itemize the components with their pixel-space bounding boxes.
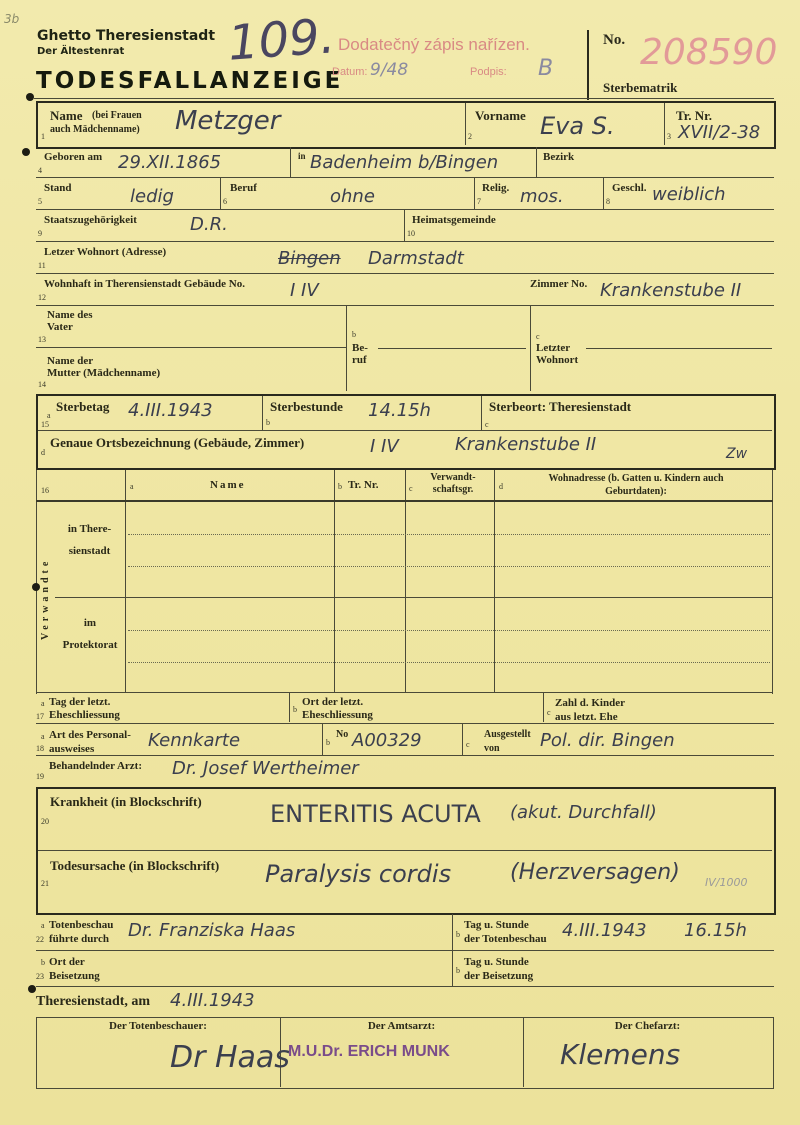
field-number: 18: [36, 744, 44, 753]
label-2: der Totenbeschau: [464, 932, 547, 946]
label-1: Ort der letzt.: [302, 696, 373, 709]
label-1: Art des Personal-: [49, 728, 131, 742]
label-2: von: [484, 742, 531, 756]
mutter-label-2: Mutter (Mädchenname): [47, 367, 160, 379]
field-number: 17: [36, 712, 44, 721]
label-1: Tag u. Stunde: [464, 918, 547, 932]
arzt-label: Behandelnder Arzt:: [49, 760, 142, 772]
parent-beruf-label-1: Be-: [352, 342, 368, 354]
row-rule: [36, 986, 774, 987]
form-title: TODESFALLANZEIGE: [36, 68, 343, 94]
ortsbezeichnung-initials: Zw: [726, 446, 747, 462]
row-rule: [36, 347, 346, 348]
stamp-datum-label: Datum:: [332, 66, 367, 78]
field-sub: b: [456, 930, 460, 939]
field-sub: a: [41, 732, 45, 741]
todesursache-value[interactable]: Paralysis cordis: [265, 860, 451, 888]
sig-amtsarzt-stamp: M.U.Dr. ERICH MUNK: [288, 1043, 450, 1061]
label-1: Tag der letzt.: [49, 696, 120, 709]
sig-totenbeschauer-value: Dr Haas: [170, 1040, 290, 1075]
corner-mark: 3b: [4, 12, 19, 26]
marriage-children-label: Zahl d. Kinder aus letzt. Ehe: [555, 696, 625, 724]
field-sub: b: [352, 330, 356, 339]
name-value[interactable]: Metzger: [175, 106, 280, 136]
field-sub: a: [41, 921, 45, 930]
field-sub: b: [326, 738, 330, 747]
bezirk-label: Bezirk: [543, 151, 574, 163]
totenbeschau-time-label: Tag u. Stunde der Totenbeschau: [464, 918, 547, 946]
entry-line[interactable]: [128, 534, 770, 535]
geschl-label: Geschl.: [612, 182, 647, 194]
field-number: 21: [41, 879, 49, 888]
sig-chefarzt-value: Klemens: [560, 1038, 680, 1071]
divider: [603, 177, 604, 209]
tr-nr-value[interactable]: XVII/2-38: [678, 122, 760, 143]
field-sub: b: [456, 966, 460, 975]
label-2: Eheschliessung: [302, 709, 373, 722]
field-sub: c: [409, 484, 413, 493]
field-sub: a: [130, 482, 134, 491]
divider: [125, 470, 126, 500]
header-rule: [34, 98, 774, 99]
label-2: ausweises: [49, 742, 131, 756]
gebaeude-value[interactable]: I IV: [290, 280, 319, 301]
zimmer-value[interactable]: Krankenstube II: [600, 280, 741, 301]
row-rule: [36, 305, 774, 306]
row-rule: [36, 241, 774, 242]
col-verwandt-header: Verwandt-schaftsgr.: [418, 472, 488, 496]
divider: [404, 209, 405, 241]
divider: [494, 470, 495, 692]
label-2: führte durch: [49, 932, 113, 946]
row-rule: [36, 177, 774, 178]
ortsbezeichnung-label: Genaue Ortsbezeichnung (Gebäude, Zimmer): [50, 435, 304, 451]
divider: [530, 305, 531, 391]
beisetzung-time-label: Tag u. Stunde der Beisetzung: [464, 955, 533, 983]
vorname-label: Vorname: [475, 108, 526, 124]
divider: [346, 305, 347, 391]
field-number: 2: [468, 132, 472, 141]
no-label: No.: [603, 32, 625, 49]
stamp-dodatecny: Dodatečný zápis nařízen.: [338, 35, 530, 55]
binder-hole-icon: [32, 583, 40, 591]
zimmer-label: Zimmer No.: [530, 278, 587, 290]
totenbeschau-date[interactable]: 4.III.1943: [562, 920, 647, 941]
sterbestunde-value[interactable]: 14.15h: [368, 400, 431, 421]
field-number: 19: [36, 772, 44, 781]
register-label: Sterbematrik: [603, 80, 677, 96]
name-row: [36, 101, 776, 149]
ausweis-type-value[interactable]: Kennkarte: [148, 730, 240, 751]
field-number: 8: [606, 197, 610, 206]
vater-label-2: Vater: [47, 321, 93, 333]
col-wohnadresse-header: Wohnadresse (b. Gatten u. Kindern auch G…: [536, 472, 736, 498]
divider: [322, 723, 323, 755]
divider: [465, 103, 466, 145]
stamp-podpis-label: Podpis:: [470, 66, 507, 78]
label-2: Beisetzung: [49, 969, 100, 983]
geboren-label: Geboren am: [44, 151, 102, 163]
name-label: Name: [50, 108, 83, 124]
field-sub: d: [499, 482, 503, 491]
label-2: aus letzt. Ehe: [555, 710, 625, 724]
field-number: 4: [38, 166, 42, 175]
relig-value[interactable]: mos.: [520, 186, 564, 207]
vater-label-1: Name des: [47, 309, 93, 321]
field-sub: b: [266, 418, 270, 427]
ausweis-type-label: Art des Personal- ausweises: [49, 728, 131, 756]
label-1: Zahl d. Kinder: [555, 696, 625, 710]
in-label: in: [298, 151, 306, 161]
divider: [543, 692, 544, 722]
totenbeschau-time[interactable]: 16.15h: [684, 920, 747, 941]
entry-line[interactable]: [128, 630, 770, 631]
field-sub: a: [41, 699, 45, 708]
field-sub: a: [47, 411, 51, 420]
marriage-place-label: Ort der letzt. Eheschliessung: [302, 696, 373, 722]
stamp-podpis-value: B: [538, 56, 553, 81]
group-label-1: in There-: [62, 518, 117, 540]
field-number: 7: [477, 197, 481, 206]
sterbetag-label: Sterbetag: [56, 399, 109, 415]
field-number: 5: [38, 197, 42, 206]
staat-label: Staatszugehörigkeit: [44, 214, 137, 226]
parent-wohnort-label: Letzter Wohnort: [536, 342, 578, 366]
sig-totenbeschauer-label: Der Totenbeschauer:: [36, 1020, 280, 1032]
place-date-label: Theresienstadt, am: [36, 994, 150, 1010]
stand-value[interactable]: ledig: [130, 186, 174, 207]
place-date-value[interactable]: 4.III.1943: [170, 990, 255, 1011]
totenbeschau-value[interactable]: Dr. Franziska Haas: [128, 920, 295, 941]
divider: [262, 396, 263, 430]
form-number-handwritten: 109.: [226, 8, 337, 71]
binder-hole-icon: [28, 985, 36, 993]
verwandte-vertical-label: Verwandte: [40, 558, 51, 640]
field-sub: b: [338, 482, 342, 491]
binder-hole-icon: [22, 148, 30, 156]
field-number: 15: [41, 420, 49, 429]
divider: [536, 147, 537, 177]
col-trnr-header: Tr. Nr.: [348, 479, 378, 491]
header-divider: [587, 30, 589, 100]
todesursache-value-2[interactable]: (Herzversagen): [510, 860, 680, 885]
field-number: 1: [41, 132, 45, 141]
field-number: 14: [38, 380, 46, 389]
wohnort-value[interactable]: Darmstadt: [368, 248, 464, 269]
group-label-2: Protektorat: [58, 634, 122, 656]
col-name-header: Name: [210, 479, 246, 491]
field-sub: b: [293, 705, 297, 714]
staat-value[interactable]: D.R.: [190, 214, 228, 235]
row-rule: [36, 755, 774, 756]
totenbeschau-label: Totenbeschau führte durch: [49, 918, 113, 946]
relig-label: Relig.: [482, 182, 509, 194]
label-2: Eheschliessung: [49, 709, 120, 722]
entry-line[interactable]: [128, 662, 770, 663]
row-rule: [36, 723, 774, 724]
vater-label: Name des Vater: [47, 309, 93, 333]
sterbestunde-label: Sterbestunde: [270, 399, 343, 415]
sig-chefarzt-label: Der Chefarzt:: [523, 1020, 772, 1032]
name-label-small: (bei Frauen: [92, 110, 142, 121]
field-number: 13: [38, 335, 46, 344]
label-1: Tag u. Stunde: [464, 955, 533, 969]
org-name: Ghetto Theresienstadt: [37, 28, 215, 44]
field-sub: d: [41, 448, 45, 457]
parent-beruf-label-2: ruf: [352, 354, 368, 366]
parent-wohnort-label-2: Wohnort: [536, 354, 578, 366]
divider: [334, 470, 335, 692]
label-1: Ausgestellt: [484, 728, 531, 742]
field-number: 10: [407, 229, 415, 238]
row-rule: [38, 430, 772, 431]
stand-label: Stand: [44, 182, 72, 194]
mutter-label: Name der Mutter (Mädchenname): [47, 355, 160, 379]
field-number: 20: [41, 817, 49, 826]
divider: [481, 396, 482, 430]
wohnort-label: Letzer Wohnort (Adresse): [44, 246, 166, 258]
table-left-border: [36, 470, 37, 694]
field-sub: c: [485, 420, 489, 429]
krankheit-label: Krankheit (in Blockschrift): [50, 794, 202, 810]
table-header-rule: [36, 500, 773, 502]
field-sub: c: [466, 740, 470, 749]
table-right-border: [772, 470, 773, 694]
field-number: 23: [36, 972, 44, 981]
field-number: 12: [38, 293, 46, 302]
sterbetag-value[interactable]: 4.III.1943: [128, 400, 213, 421]
todesursache-label: Todesursache (in Blockschrift): [50, 858, 219, 874]
field-sub: b: [41, 958, 45, 967]
field-number: 3: [667, 132, 671, 141]
group-protektorat-label: im Protektorat: [58, 612, 122, 656]
group-rule: [55, 597, 773, 598]
todesursache-mark: IV/1000: [705, 876, 747, 889]
heimat-label: Heimatsgemeinde: [412, 214, 496, 226]
field-number: 6: [223, 197, 227, 206]
arzt-value[interactable]: Dr. Josef Wertheimer: [172, 758, 359, 779]
wohnort-value-struck[interactable]: Bingen: [278, 248, 341, 269]
binder-hole-icon: [26, 93, 34, 101]
divider: [220, 177, 221, 209]
row-rule: [36, 950, 774, 951]
krankheit-value[interactable]: ENTERITIS ACUTA: [270, 800, 481, 828]
ausweis-issuer-label: Ausgestellt von: [484, 728, 531, 756]
parent-wohnort-label-1: Letzter: [536, 342, 578, 354]
beruf-label: Beruf: [230, 182, 257, 194]
ortsbezeichnung-room[interactable]: Krankenstube II: [455, 434, 596, 455]
divider: [290, 147, 291, 177]
krankheit-value-2[interactable]: (akut. Durchfall): [510, 802, 657, 823]
label-1: Totenbeschau: [49, 918, 113, 932]
council-name: Der Ältestenrat: [37, 46, 124, 57]
marriage-date-label: Tag der letzt. Eheschliessung: [49, 696, 120, 722]
stamp-datum-value: 9/48: [370, 60, 408, 80]
in-value[interactable]: Badenheim b/Bingen: [310, 152, 498, 173]
name-label-small2: auch Mädchenname): [50, 124, 140, 135]
group-theresienstadt-label: in There- sienstadt: [62, 518, 117, 562]
field-number: 11: [38, 261, 46, 270]
divider: [405, 470, 406, 692]
field-sub: c: [536, 332, 540, 341]
sterbeort-label: Sterbeort: Theresienstadt: [489, 399, 631, 415]
divider: [664, 103, 665, 145]
dash-line: [586, 348, 772, 349]
label-2: der Beisetzung: [464, 969, 533, 983]
mutter-label-1: Name der: [47, 355, 160, 367]
entry-line[interactable]: [128, 566, 770, 567]
ortsbezeichnung-building[interactable]: I IV: [370, 436, 399, 457]
field-number: 9: [38, 229, 42, 238]
row-rule: [36, 273, 774, 274]
row-rule: [36, 692, 773, 693]
sig-amtsarzt-label: Der Amtsarzt:: [280, 1020, 523, 1032]
ausweis-no-label: No: [336, 729, 348, 740]
parent-beruf-label: Be- ruf: [352, 342, 368, 366]
group-label-1: im: [58, 612, 122, 634]
dash-line: [378, 348, 526, 349]
row-rule: [36, 209, 774, 210]
row-rule: [38, 850, 772, 851]
divider: [462, 723, 463, 755]
ausweis-issuer-value[interactable]: Pol. dir. Bingen: [540, 730, 675, 751]
label-1: Ort der: [49, 955, 100, 969]
beruf-value[interactable]: ohne: [330, 186, 375, 207]
divider: [289, 692, 290, 722]
ausweis-no-value[interactable]: A00329: [352, 730, 422, 751]
gebaeude-label: Wohnhaft in Therensienstadt Gebäude No.: [44, 278, 245, 290]
death-certificate-form: 3b Ghetto Theresienstadt Der Ältestenrat…: [0, 0, 800, 1125]
field-sub: c: [547, 708, 551, 717]
vorname-value[interactable]: Eva S.: [540, 112, 615, 140]
field-number: 16: [41, 486, 49, 495]
beisetzung-place-label: Ort der Beisetzung: [49, 955, 100, 983]
no-value: 208590: [640, 32, 777, 73]
divider: [474, 177, 475, 209]
group-label-2: sienstadt: [62, 540, 117, 562]
field-number: 22: [36, 935, 44, 944]
geschl-value[interactable]: weiblich: [652, 184, 726, 205]
geboren-value[interactable]: 29.XII.1865: [118, 152, 221, 173]
